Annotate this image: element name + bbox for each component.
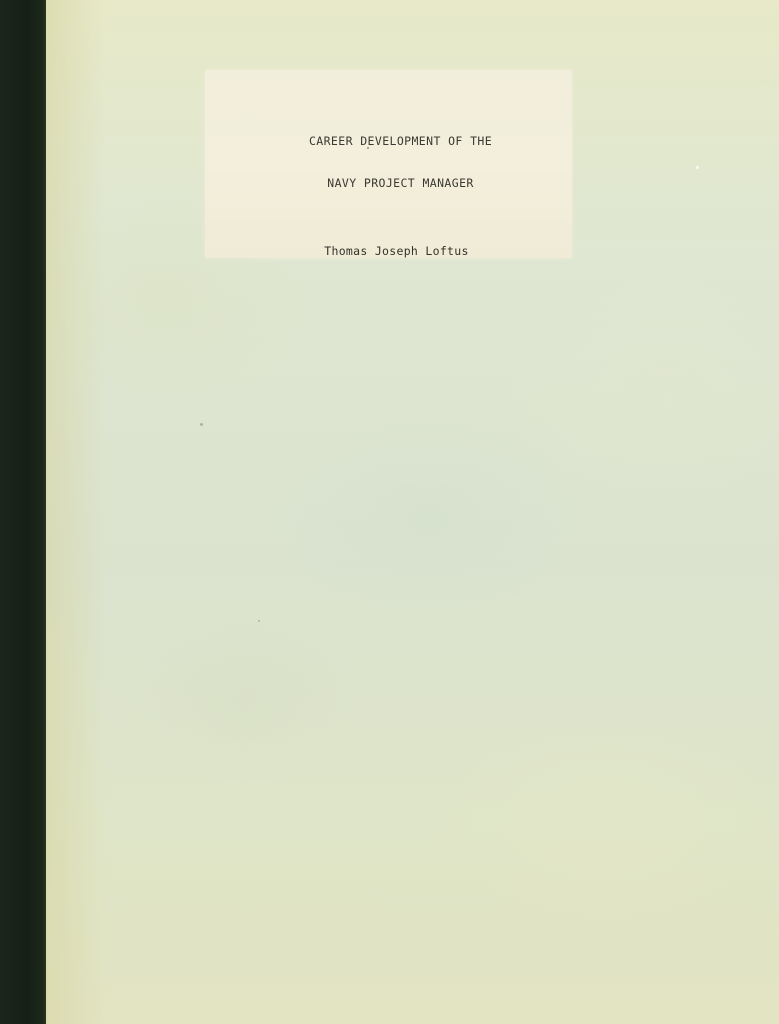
title-line-1: CAREER DEVELOPMENT OF THE bbox=[217, 134, 584, 148]
title-line-2: NAVY PROJECT MANAGER bbox=[217, 176, 584, 190]
book-spine bbox=[0, 0, 46, 1024]
label-dot-mark bbox=[367, 147, 369, 149]
cover-speck bbox=[696, 166, 699, 169]
book-title: CAREER DEVELOPMENT OF THE NAVY PROJECT M… bbox=[217, 106, 584, 218]
cover-speck bbox=[200, 423, 203, 426]
cover-speck bbox=[258, 620, 260, 622]
author-name: Thomas Joseph Loftus bbox=[213, 244, 580, 258]
title-label: CAREER DEVELOPMENT OF THE NAVY PROJECT M… bbox=[205, 70, 572, 258]
